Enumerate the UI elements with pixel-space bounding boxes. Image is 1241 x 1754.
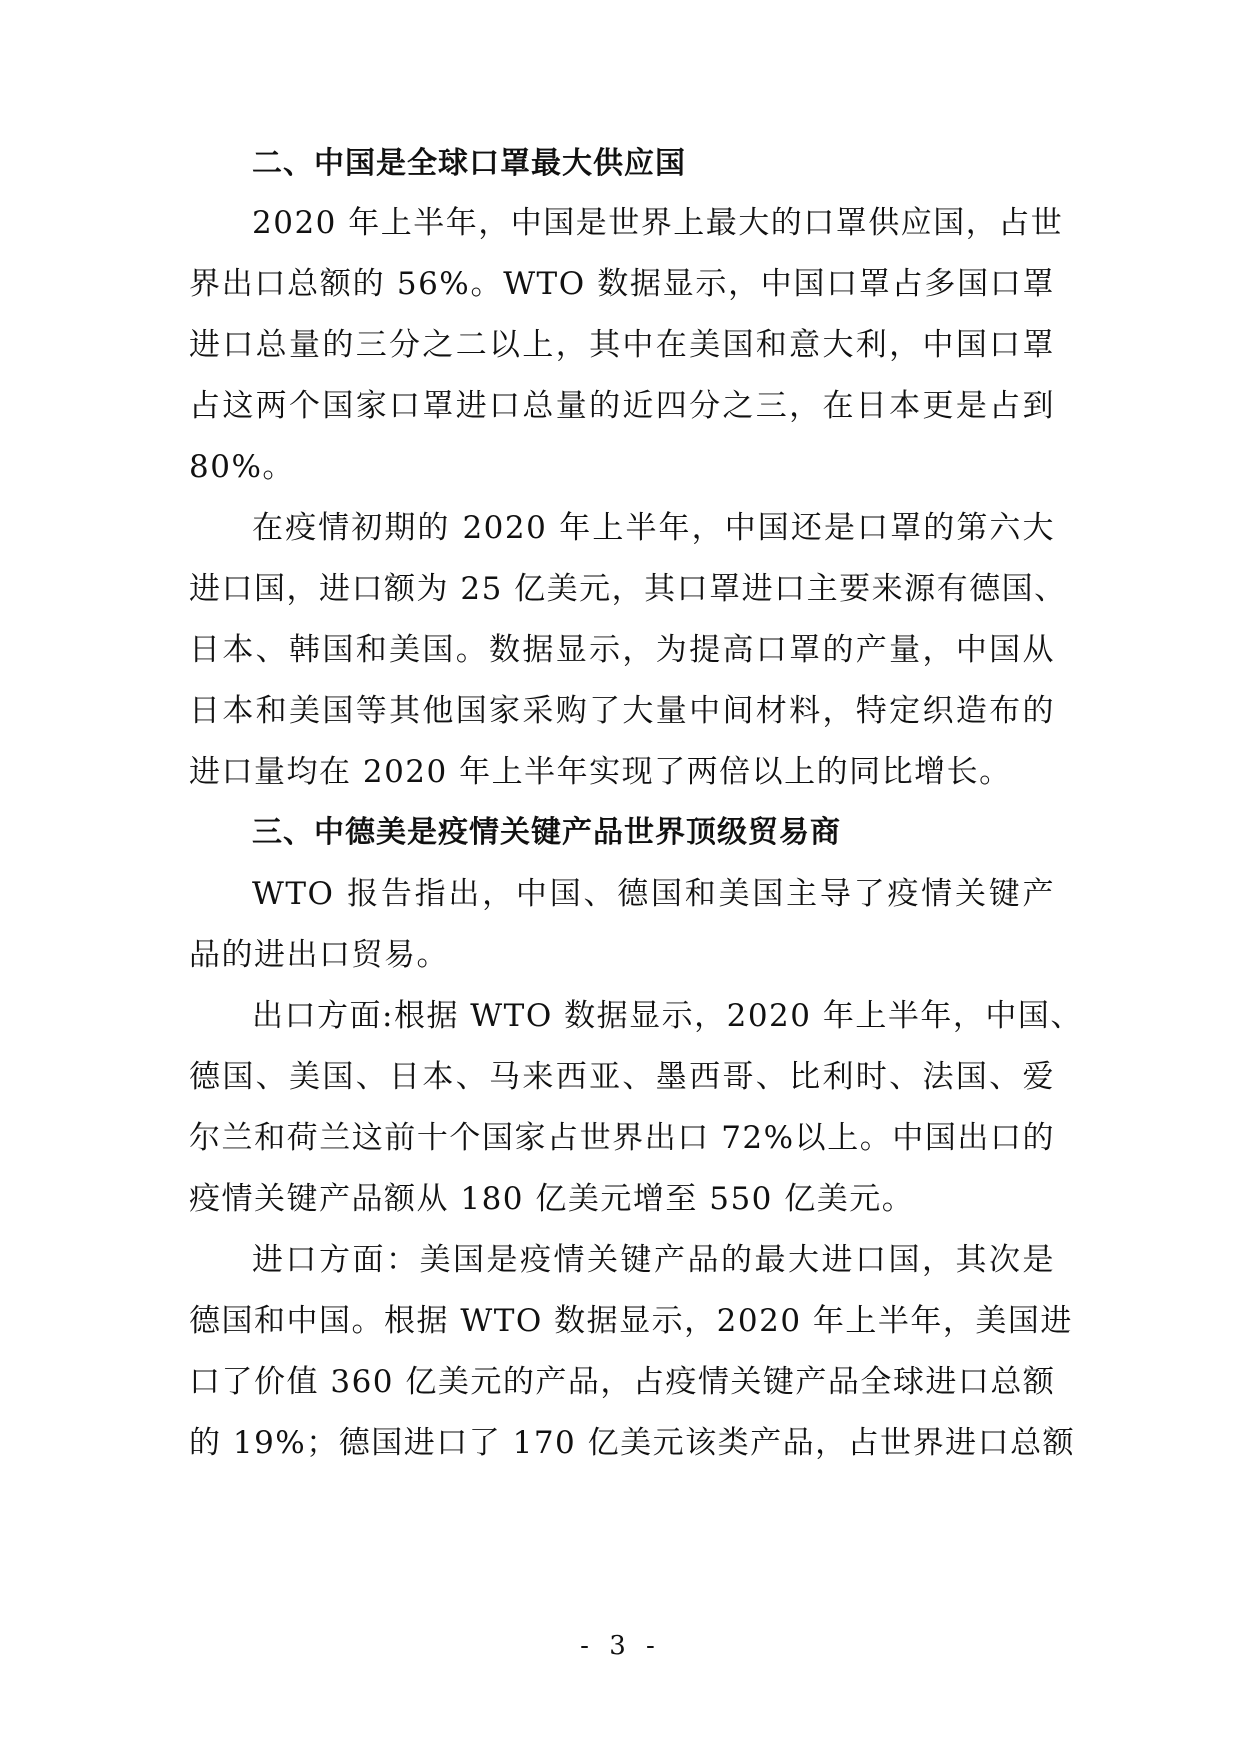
document-page: 二、中国是全球口罩最大供应国 2020 年上半年，中国是世界上最大的口罩供应国，…	[0, 0, 1241, 1754]
paragraph-line: 进口量均在 2020 年上半年实现了两倍以上的同比增长。	[189, 752, 1059, 792]
paragraph-line: 在疫情初期的 2020 年上半年，中国还是口罩的第六大	[252, 508, 1055, 548]
paragraph-line: 进口总量的三分之二以上，其中在美国和意大利，中国口罩	[189, 325, 1055, 365]
paragraph-line: 2020 年上半年，中国是世界上最大的口罩供应国，占世	[252, 203, 1055, 243]
paragraph-line: 界出口总额的 56%。WTO 数据显示，中国口罩占多国口罩	[189, 264, 1055, 304]
paragraph-line: 进口方面：美国是疫情关键产品的最大进口国，其次是	[252, 1240, 1055, 1280]
paragraph-line: 80%。	[189, 447, 1059, 487]
paragraph-line: 疫情关键产品额从 180 亿美元增至 550 亿美元。	[189, 1179, 1059, 1219]
section-heading-2: 二、中国是全球口罩最大供应国	[252, 144, 1122, 184]
paragraph-line: 占这两个国家口罩进口总量的近四分之三，在日本更是占到	[189, 386, 1055, 426]
page-number: - 3 -	[0, 1630, 1241, 1662]
section-heading-3: 三、中德美是疫情关键产品世界顶级贸易商	[252, 813, 1122, 853]
paragraph-line: 日本、韩国和美国。数据显示，为提高口罩的产量，中国从	[189, 630, 1055, 670]
paragraph-line: 尔兰和荷兰这前十个国家占世界出口 72%以上。中国出口的	[189, 1118, 1055, 1158]
paragraph-line: 德国和中国。根据 WTO 数据显示，2020 年上半年，美国进	[189, 1301, 1055, 1341]
paragraph-line: 的 19%；德国进口了 170 亿美元该类产品，占世界进口总额	[189, 1423, 1055, 1463]
paragraph-line: 出口方面:根据 WTO 数据显示，2020 年上半年，中国、	[252, 996, 1055, 1036]
paragraph-line: 口了价值 360 亿美元的产品，占疫情关键产品全球进口总额	[189, 1362, 1055, 1402]
paragraph-line: 品的进出口贸易。	[189, 935, 1059, 975]
paragraph-line: 进口国，进口额为 25 亿美元，其口罩进口主要来源有德国、	[189, 569, 1055, 609]
paragraph-line: 德国、美国、日本、马来西亚、墨西哥、比利时、法国、爱	[189, 1057, 1055, 1097]
paragraph-line: 日本和美国等其他国家采购了大量中间材料，特定织造布的	[189, 691, 1055, 731]
paragraph-line: WTO 报告指出，中国、德国和美国主导了疫情关键产	[252, 874, 1055, 914]
